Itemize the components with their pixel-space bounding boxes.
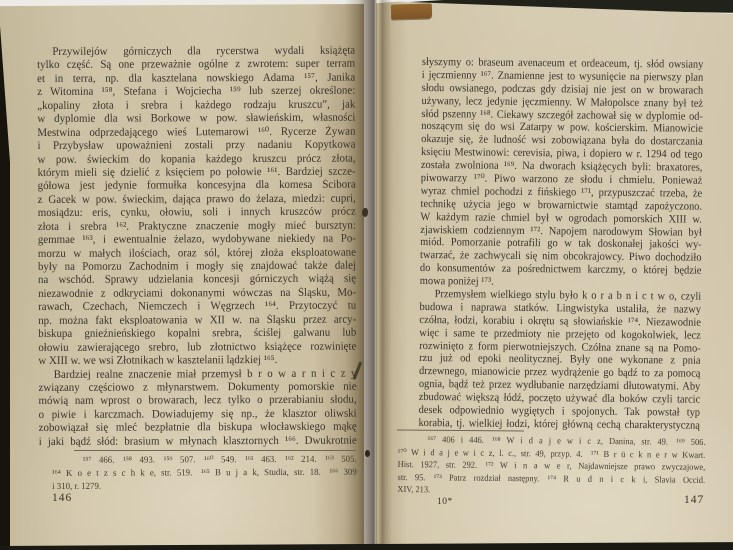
text-line: o piwie i karczmach. Dowiadujemy się np.… xyxy=(39,407,357,422)
text-line: gółowa jest jedynie formułka koncesyjna … xyxy=(38,179,356,194)
signature-mark: 10* xyxy=(437,497,453,507)
text-line: ¹⁵⁷ 466. ¹⁵⁸ 493. ¹⁵⁹ 507. ¹⁶⁰ 549. ¹⁶¹ … xyxy=(52,453,357,467)
text-line: i Przybysław upoważnieni zostali przy na… xyxy=(37,139,355,154)
text-line: np. można fakt eksploatowania w XII w. n… xyxy=(38,313,356,328)
text-line: rawach, Czechach, Niemczech i Węgrzech ¹… xyxy=(38,300,356,315)
left-page-body: Przywilejów górniczych dla rycerstwa wyd… xyxy=(37,45,357,450)
right-page-footnotes: ¹⁶⁷ 406 i 446. ¹⁶⁸ W i d a j e w i c z, … xyxy=(397,433,705,499)
paper-damage-speck xyxy=(365,450,370,457)
text-line: w XIII w. we wsi Złotnikach w kasztelani… xyxy=(38,354,356,369)
text-line: w pow. świeckim do kopania każdego krusz… xyxy=(37,152,355,167)
text-line: na wschód. Sprawy udzielania koncesji gó… xyxy=(38,273,356,288)
right-page-number: 147 xyxy=(684,494,704,506)
text-line: i 310, r. 1279. xyxy=(52,479,357,493)
text-line: którym mieli się dzielić z księciem po p… xyxy=(38,166,356,181)
left-page-footnotes: ¹⁵⁷ 466. ¹⁵⁸ 493. ¹⁵⁹ 507. ¹⁶⁰ 549. ¹⁶¹ … xyxy=(52,453,357,493)
text-line: złota i srebra ¹⁶². Praktyczne znaczenie… xyxy=(38,219,356,234)
text-line: Mestwina odprzedającego wieś Lutemarowi … xyxy=(37,125,355,140)
footnote-separator-rule xyxy=(74,450,356,451)
torn-paper-tab xyxy=(391,4,432,20)
right-paragraph-2: Przemysłem wielkiego stylu było k o r a … xyxy=(418,288,701,432)
text-line: mosiądzu: eris, cynku, ołowiu, soli i in… xyxy=(38,206,356,221)
text-line: mówią nam wprost o browarach, lecz tylko… xyxy=(39,394,357,409)
text-line: gemmae ¹⁶³, i ewentualnie żelazo, wydoby… xyxy=(38,233,356,248)
text-line: biskupa gnieźnieńskiego kopalni srebra, … xyxy=(38,327,356,342)
text-line: morzu w małych ilościach, oraz sól, któr… xyxy=(38,246,356,261)
left-page-number: 146 xyxy=(52,492,72,504)
text-line: ¹⁶⁴ K o e t z s c h k e, str. 519. ¹⁶⁵ B… xyxy=(52,466,357,480)
text-line: Przywilejów górniczych dla rycerstwa wyd… xyxy=(37,45,355,60)
text-line: niezawodnie z odkryciami dokonanymi wówc… xyxy=(38,286,356,301)
paper-damage-speck xyxy=(362,208,368,217)
text-line: „kopaliny złota i srebra i każdego rodza… xyxy=(37,98,355,113)
text-line: z Witomina ¹⁵⁸, Stefana i Wojciecha ¹⁵⁹ … xyxy=(37,85,355,100)
left-paragraph-2: Bardziej realne znaczenie miał przemysł … xyxy=(38,367,356,449)
book-scan-photo: Przywilejów górniczych dla rycerstwa wyd… xyxy=(0,0,733,550)
right-paragraph-1: słyszymy o: braseum avenaceum et ordeace… xyxy=(420,56,704,291)
text-line: w dyplomie dla wsi Borkowe w pow. sławie… xyxy=(37,112,355,127)
text-line: zobowiązał się mleć bezpłatnie dla bisku… xyxy=(39,421,357,436)
text-line: związany częściowo z młynarstwem. Dokume… xyxy=(38,381,356,396)
text-line: i jaki bądź słód: brasium w młynach klas… xyxy=(39,434,357,449)
left-paragraph-1: Przywilejów górniczych dla rycerstwa wyd… xyxy=(37,45,356,369)
text-line: były na Pomorzu Zachodnim i mogły się zn… xyxy=(38,260,356,275)
text-line: ołowiu zawierającego srebro, lub złotnic… xyxy=(38,340,356,355)
text-line: tylko część. Są one przeważnie ogólne z … xyxy=(37,58,355,73)
right-page-body: słyszymy o: braseum avenaceum et ordeace… xyxy=(418,56,703,433)
text-line: Bardziej realne znaczenie miał przemysł … xyxy=(38,367,356,382)
text-line: z Gacek w pow. świeckim, dająca prawo do… xyxy=(38,192,356,207)
text-line: et in terra, np. dla kasztelana nowskieg… xyxy=(37,71,355,86)
